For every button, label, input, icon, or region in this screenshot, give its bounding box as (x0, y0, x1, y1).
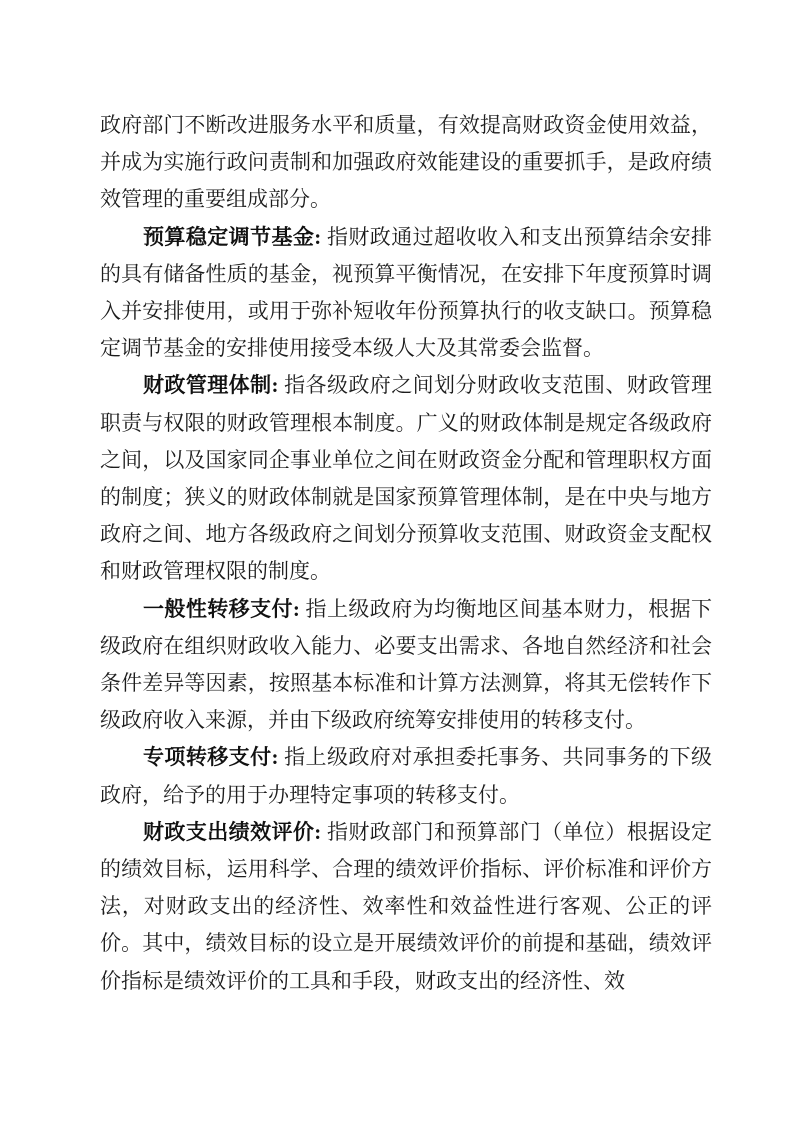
definition-text: 指财政部门和预算部门（单位）根据设定的绩效目标，运用科学、合理的绩效评价指标、评… (100, 820, 712, 993)
definition-term: 专项转移支付: (143, 745, 278, 769)
definition-budget-stabilization-fund: 预算稳定调节基金: 指财政通过超收收入和支出预算结余安排的具有储备性质的基金，视… (100, 219, 712, 368)
definition-expenditure-performance-evaluation: 财政支出绩效评价: 指财政部门和预算部门（单位）根据设定的绩效目标，运用科学、合… (100, 814, 712, 1000)
definition-term: 一般性转移支付: (143, 597, 300, 621)
definition-text: 指各级政府之间划分财政收支范围、财政管理职责与权限的财政管理根本制度。广义的财政… (100, 373, 712, 583)
definition-fiscal-management-system: 财政管理体制: 指各级政府之间划分财政收支范围、财政管理职责与权限的财政管理根本… (100, 367, 712, 590)
definition-special-transfer-payment: 专项转移支付: 指上级政府对承担委托事务、共同事务的下级政府，给予的用于办理特定… (100, 739, 712, 813)
definition-term: 预算稳定调节基金: (143, 225, 321, 249)
paragraph-performance-management-continuation: 政府部门不断改进服务水平和质量，有效提高财政资金使用效益，并成为实施行政问责制和… (100, 107, 712, 219)
document-body: 政府部门不断改进服务水平和质量，有效提高财政资金使用效益，并成为实施行政问责制和… (100, 107, 712, 1000)
definition-text: 政府部门不断改进服务水平和质量，有效提高财政资金使用效益，并成为实施行政问责制和… (100, 113, 712, 211)
document-page: 政府部门不断改进服务水平和质量，有效提高财政资金使用效益，并成为实施行政问责制和… (0, 0, 793, 1122)
definition-term: 财政支出绩效评价: (143, 820, 321, 844)
definition-term: 财政管理体制: (143, 373, 278, 397)
definition-general-transfer-payment: 一般性转移支付: 指上级政府为均衡地区间基本财力，根据下级政府在组织财政收入能力… (100, 591, 712, 740)
